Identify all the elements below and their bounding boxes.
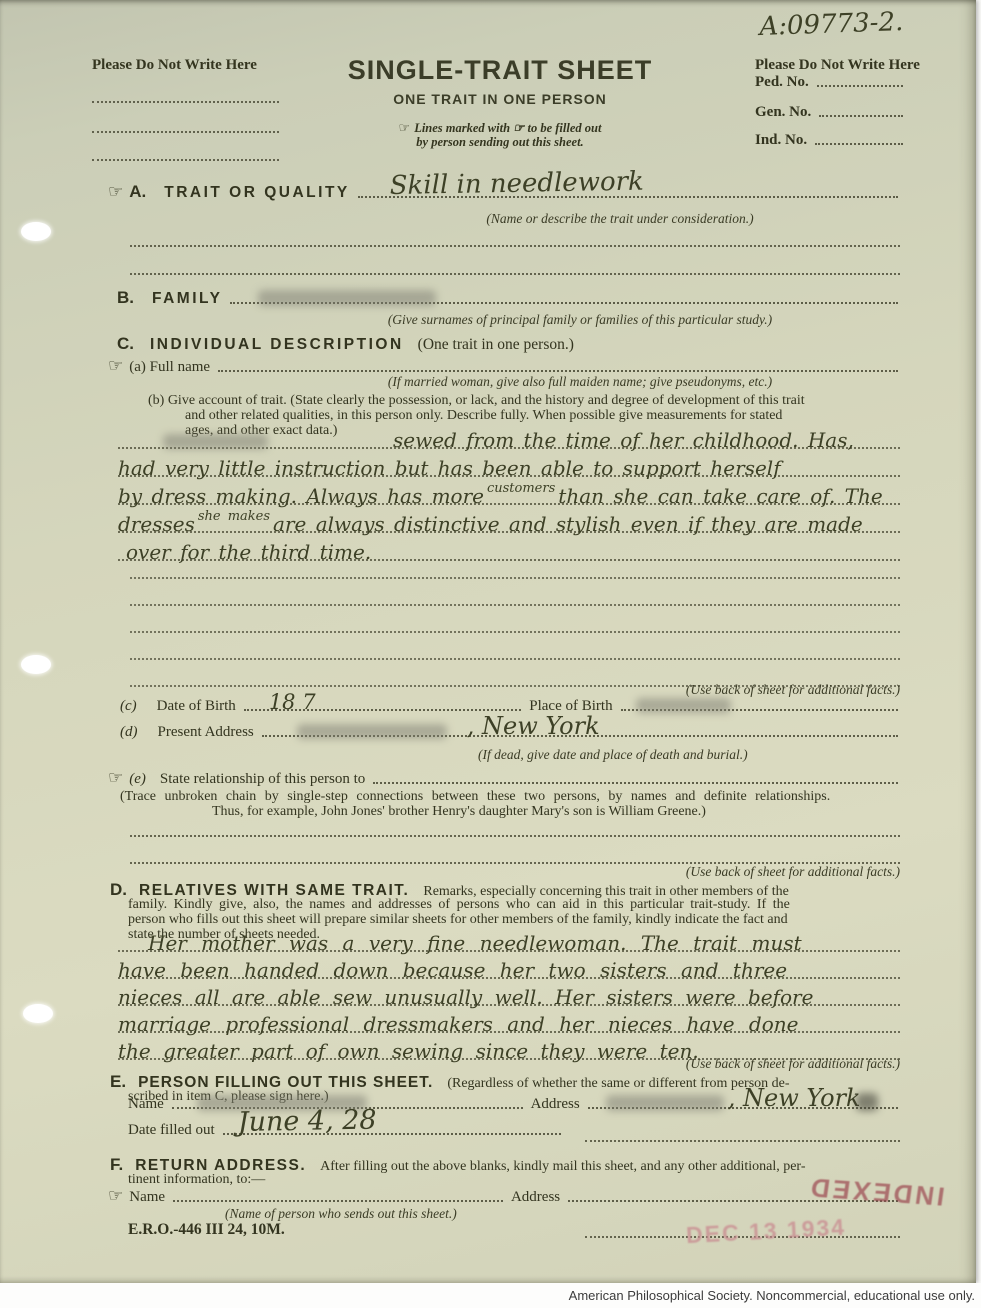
archive-ref-number: A:09773-2. [759,7,904,42]
handwriting-text: the greater part of own sewing since the… [118,1039,699,1063]
blank-line [130,606,900,633]
hole-punch-bottom [23,1004,53,1023]
dob-label: Date of Birth [157,698,236,715]
manicule-icon: ☞ [108,768,123,788]
blank-line [130,633,900,660]
manicule-icon: ☞ [108,356,123,376]
handwriting-line: nieces all are able sew unusually well. … [118,979,900,1006]
handwriting-line: marriage professional dressmakers and he… [118,1006,900,1033]
section-a-letter: A. [129,182,146,202]
signer-name-label: Name [128,1096,164,1113]
attribution-text: American Philosophical Society. Noncomme… [569,1288,975,1303]
section-a-caption: (Name or describe the trait under consid… [410,211,830,227]
header-right-note: Please Do Not Write Here [755,57,920,74]
date-filled-label: Date filled out [128,1122,215,1139]
redacted-place-of-birth [636,698,731,713]
handwriting-line: by dress making. Always has morecustomer… [118,477,900,505]
address-value-handwritten: , New York [467,712,600,740]
handwriting-line: had very little instruction but has been… [118,449,900,477]
use-back-note: (Use back of sheet for additional facts.… [686,1056,900,1072]
manicule-icon: ☞ [108,1186,123,1206]
item-e-label: (e) [129,771,146,788]
section-c-e-caption-line1: (Trace unbroken chain by single-step con… [120,789,830,805]
blank-line [130,273,900,275]
family-field [230,302,898,304]
date-received-stamp: DEC 13 1934 [685,1214,846,1249]
redacted-person-name [163,434,268,449]
gen-no-label: Gen. No. [755,104,811,121]
item-d-label: (d) [120,724,138,741]
section-b-letter: B. [117,288,134,308]
sender-name-label: Name [129,1189,165,1206]
ind-no-label: Ind. No. [755,132,807,149]
signer-address-field: , New York [588,1107,898,1109]
ped-no-field [817,85,903,87]
trait-field: Skill in needlework [358,196,898,198]
ped-no-label: Ped. No. [755,74,809,91]
ind-no-field [815,143,903,145]
use-back-note: (Use back of sheet for additional facts.… [686,682,900,698]
form-number: E.R.O.-446 III 24, 10M. [128,1221,285,1239]
redacted-address [297,724,447,739]
blank-line [130,245,900,247]
hole-punch-middle [21,655,51,674]
ink-smudge [856,1093,878,1111]
handwriting-insert: customers [487,481,555,496]
handwriting-insert: she makes [198,509,270,524]
use-back-note: (Use back of sheet for additional facts.… [686,864,900,880]
section-d-intro-line2: family. Kindly give, also, the names and… [128,897,790,913]
sender-name-caption: (Name of person who sends out this sheet… [225,1206,457,1222]
hole-punch-top [21,222,51,241]
section-e-letter: E. [110,1072,126,1091]
date-filled-handwritten: June 4, 28 [237,1105,376,1138]
blank-line [130,552,900,579]
manicule-icon: ☞ [108,182,123,202]
section-c-b-line1: (b) Give account of trait. (State clearl… [148,393,805,409]
section-c-letter: C. [117,334,134,353]
full-name-field [218,370,898,372]
section-b-label: FAMILY [152,290,222,308]
handwriting-line: Her mother was a very fine needlewoman. … [118,925,900,952]
handwriting-line: have been handed down because her two si… [118,952,900,979]
signer-address-handwritten: , New York [728,1084,861,1112]
section-c-label: INDIVIDUAL DESCRIPTION [150,336,404,353]
form-instruction-line2: by person sending out this sheet. [310,135,690,150]
section-c-e-caption-line2: Thus, for example, John Jones' brother H… [212,804,706,820]
section-d-letter: D. [110,880,127,899]
section-c-d-caption: (If dead, give date and place of death a… [478,747,748,763]
signer-address-label: Address [531,1096,580,1113]
header-left-blank-line [92,159,279,161]
section-c-a-caption: (If married woman, give also full maiden… [300,374,860,390]
section-b-caption: (Give surnames of principal family or fa… [300,312,860,328]
header-left-blank-line [92,131,279,133]
gen-no-field [819,115,903,117]
blank-line [130,835,900,837]
relationship-field [373,782,898,784]
scanned-form-page: A:09773-2. Please Do Not Write Here SING… [0,0,976,1283]
relationship-label: State relationship of this person to [160,771,365,788]
sender-address-label: Address [511,1189,560,1206]
relatives-handwriting: Her mother was a very fine needlewoman. … [118,925,900,1060]
attribution-strip: American Philosophical Society. Noncomme… [0,1283,981,1308]
sender-name-field [173,1200,503,1202]
item-c-label: (c) [120,698,137,715]
date-filled-field: June 4, 28 [223,1133,561,1135]
redacted-family-name [258,290,436,306]
form-instruction-line1: Lines marked with ☞ to be filled out [414,121,601,135]
handwriting-line: sewed from the time of her childhood. Ha… [118,421,900,449]
dob-value-handwritten: 18 7 [269,690,316,714]
manicule-icon: ☞ [399,121,411,136]
form-subtitle: ONE TRAIT IN ONE PERSON [310,91,690,107]
form-title: SINGLE-TRAIT SHEET [310,55,690,86]
dob-field: 18 7 [244,709,521,711]
blank-lines-block [130,552,900,687]
trait-value-handwritten: Skill in needlework [389,167,644,201]
full-name-label: (a) Full name [129,359,210,376]
pob-field [621,709,898,711]
handwriting-line: dressesshe makesare always distinctive a… [118,505,900,533]
blank-line [130,579,900,606]
section-f-intro-line1: After filling out the above blanks, kind… [320,1159,805,1174]
header-left-blank-line [92,101,279,103]
section-f-letter: F. [110,1155,123,1174]
blank-line [585,1140,900,1142]
address-label: Present Address [158,724,254,741]
header-left-note: Please Do Not Write Here [92,57,257,74]
trait-account-handwriting: sewed from the time of her childhood. Ha… [118,421,900,561]
redacted-signer-address [606,1095,724,1111]
present-address-field: , New York [262,735,898,737]
section-a-label: TRAIT OR QUALITY [164,184,350,202]
section-c-note: (One trait in one person.) [418,336,574,353]
